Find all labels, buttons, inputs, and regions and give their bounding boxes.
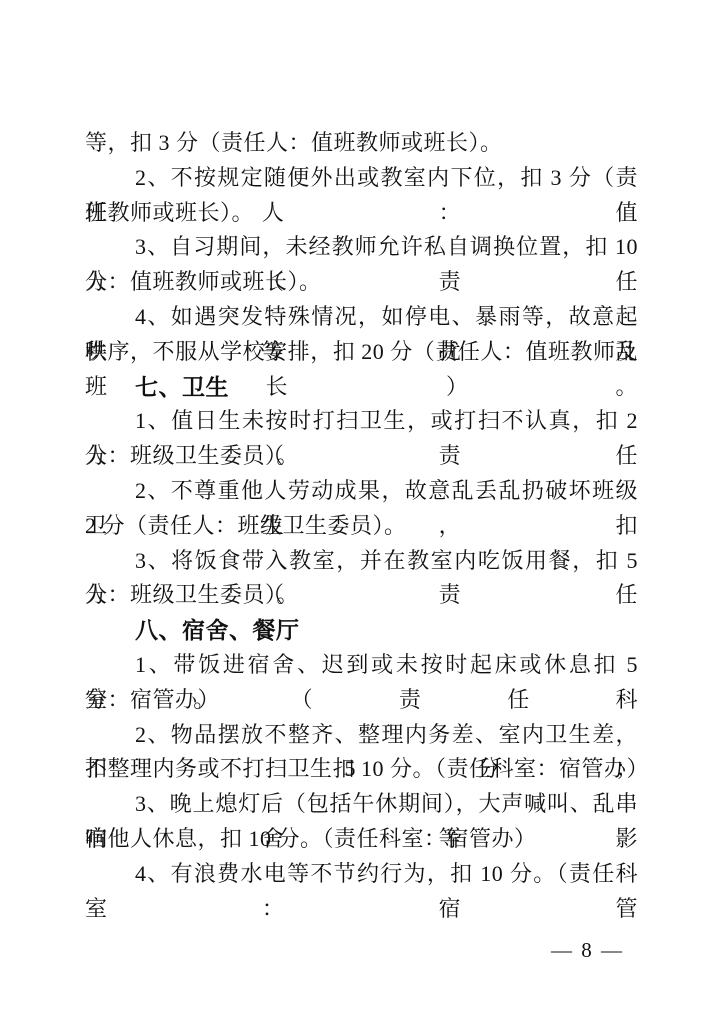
section-heading-dormitory: 八、宿舍、餐厅 [85, 613, 638, 648]
text-line: 2、物品摆放不整齐、整理内务差、室内卫生差，扣 5 分； [85, 718, 638, 753]
text-line: 3、晚上熄灯后（包括午休期间），大声喊叫、乱串宿舍等影 [85, 787, 638, 822]
text-line: 1、值日生未按时打扫卫生，或打扫不认真，扣 2 分（责任 [85, 404, 638, 439]
text-line: 3、自习期间，未经教师允许私自调换位置，扣 10 分（责任 [85, 230, 638, 265]
document-page: 等，扣 3 分（责任人：值班教师或班长）。 2、不按规定随便外出或教室内下位，扣… [0, 0, 724, 1024]
text-line: 4、有浪费水电等不节约行为，扣 10 分。（责任科室：宿管 [85, 857, 638, 892]
page-number: — 8 — [551, 936, 624, 964]
text-line: 不整理内务或不打扫卫生扣 10 分。（责任科室：宿管办） [85, 752, 638, 787]
text-line: 4、如遇突发特殊情况，如停电、暴雨等，故意起哄等扰乱 [85, 300, 638, 335]
text-line: 等，扣 3 分（责任人：值班教师或班长）。 [85, 126, 638, 161]
text-line: 2、不按规定随便外出或教室内下位，扣 3 分（责任人：值 [85, 161, 638, 196]
document-body: 等，扣 3 分（责任人：值班教师或班长）。 2、不按规定随便外出或教室内下位，扣… [85, 126, 638, 892]
text-line: 秩序，不服从学校安排，扣 20 分（责任人：值班教师及班长）。 [85, 335, 638, 370]
text-line: 3、将饭食带入教室，并在教室内吃饭用餐，扣 5 分（责任 [85, 544, 638, 579]
text-line: 2、不尊重他人劳动成果，故意乱丢乱扔破坏班级卫生，扣 [85, 474, 638, 509]
text-line: 1、带饭进宿舍、迟到或未按时起床或休息扣 5 分。（责任科 [85, 648, 638, 683]
